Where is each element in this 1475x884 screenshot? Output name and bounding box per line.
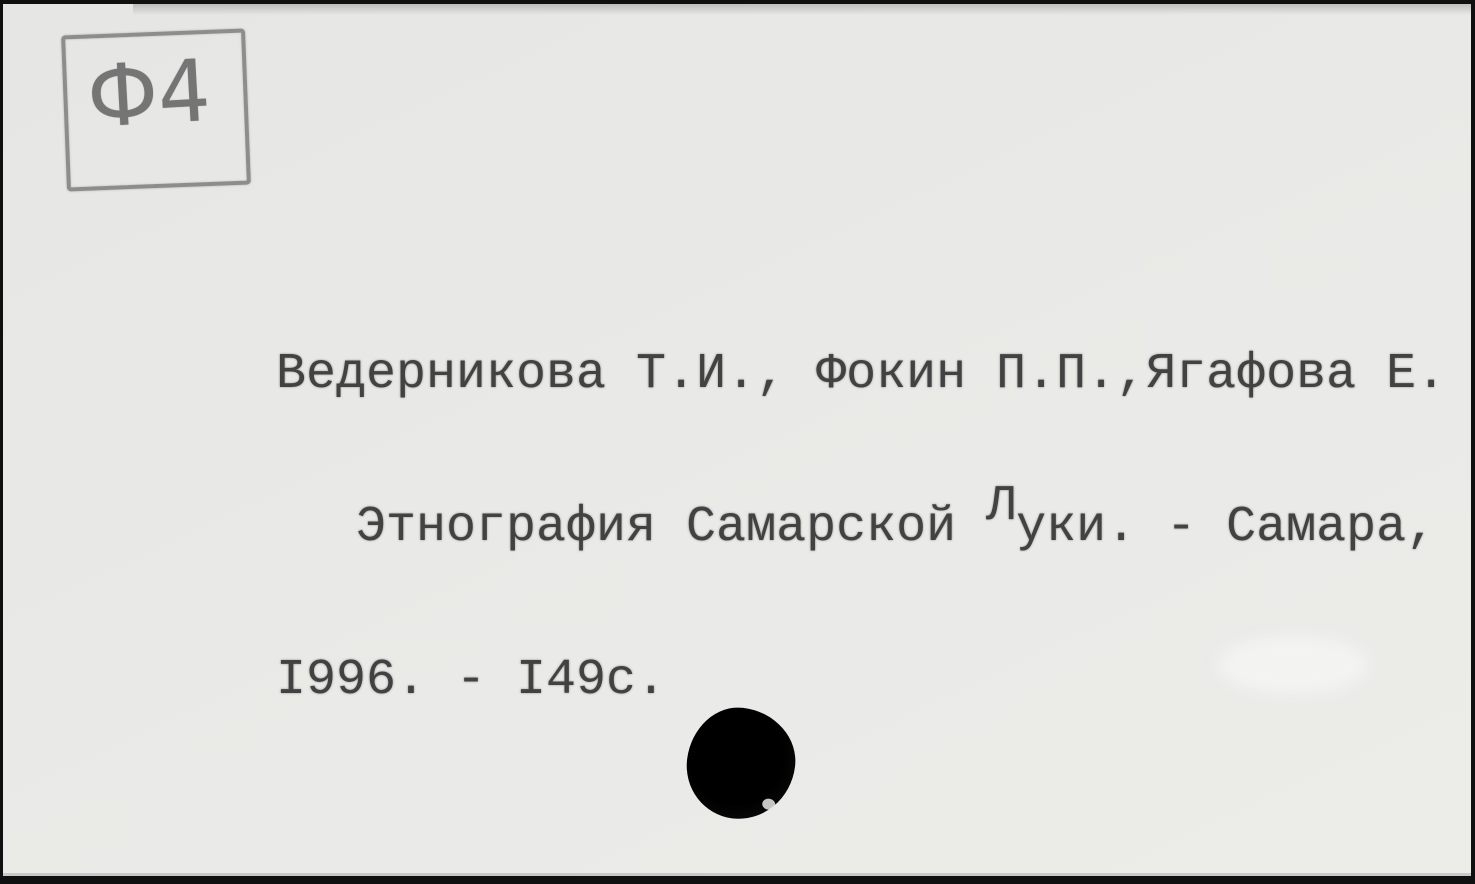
entry-raised-letter: Л [986,481,1016,532]
bibliographic-entry: Ведерникова Т.И., Фокин П.П.,Ягафова Е. … [276,247,1446,808]
entry-title-line: Этнография Самарской Луки. - Самара, [356,502,1446,553]
scan-border-smear [133,4,1471,15]
entry-authors-line: Ведерникова Т.И., Фокин П.П.,Ягафова Е. [276,349,1446,400]
shelf-code-stamp-box: Ф4 [61,29,251,192]
card-paper: Ф4 Ведерникова Т.И., Фокин П.П.,Ягафова … [3,4,1471,876]
punch-hole-notch [762,798,776,811]
entry-title-text: Этнография Самарской [356,499,986,556]
scan-bottom-strip [3,873,1471,876]
shelf-code-label: Ф4 [85,45,213,146]
scanned-catalog-card: Ф4 Ведерникова Т.И., Фокин П.П.,Ягафова … [0,0,1475,884]
entry-year-pages-line: I996. - I49с. [276,655,1446,706]
entry-title-rest: уки. - Самара, [1016,499,1436,556]
